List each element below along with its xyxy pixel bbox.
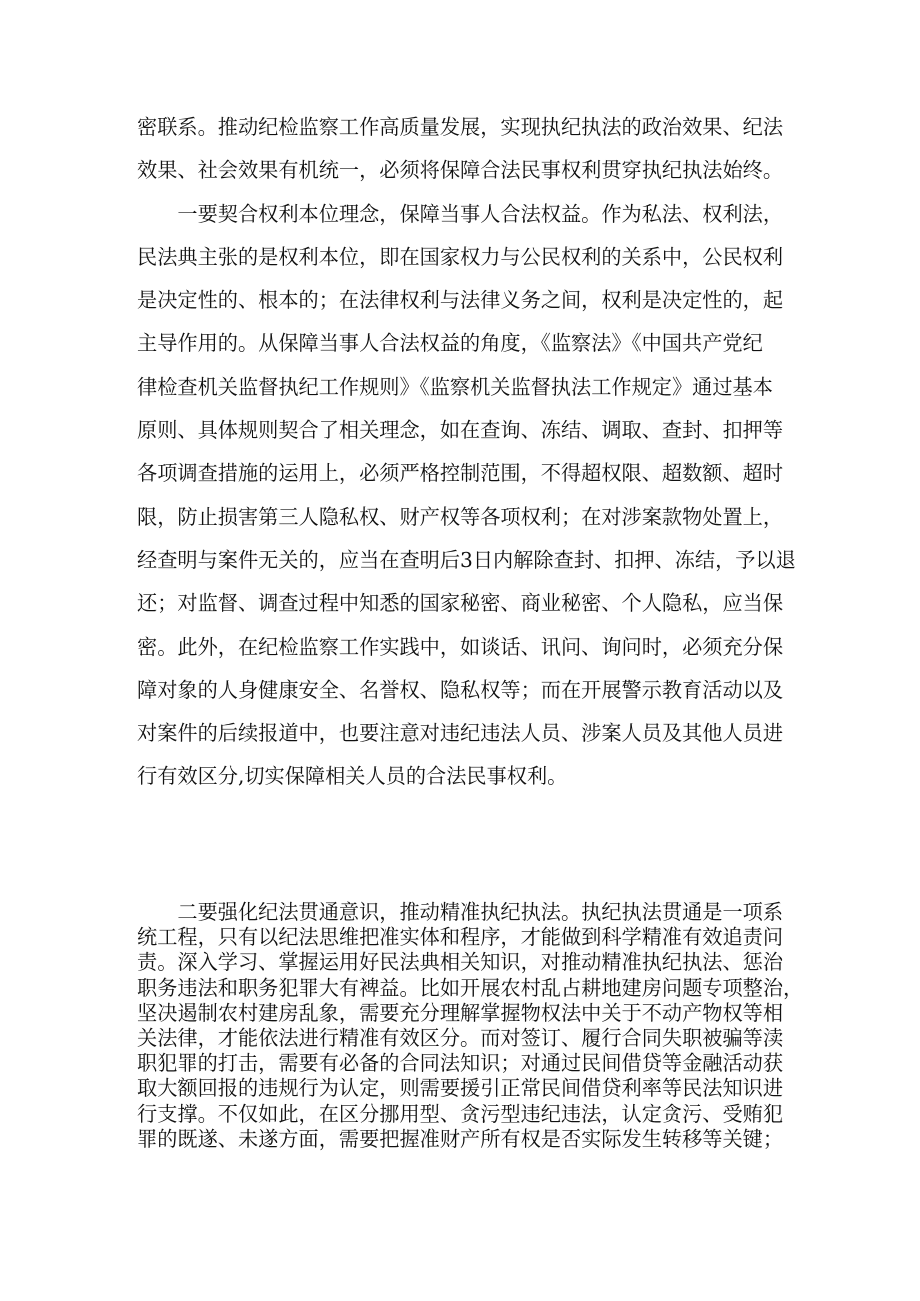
document-page: 密联系。推动纪检监察工作高质量发展，实现执纪执法的政治效果、纪法 效果、社会效果… bbox=[0, 0, 920, 1301]
text-line: 密联系。推动纪检监察工作高质量发展，实现执纪执法的政治效果、纪法 bbox=[137, 112, 827, 155]
text-line: 原则、具体规则契合了相关理念，如在查询、冻结、调取、查封、扣押等 bbox=[137, 415, 827, 458]
text-line: 限，防止损害第三人隐私权、财产权等各项权利；在对涉案款物处置上， bbox=[137, 502, 827, 545]
section-rights-protection: 密联系。推动纪检监察工作高质量发展，实现执纪执法的政治效果、纪法 效果、社会效果… bbox=[137, 112, 827, 805]
text-line: 障对象的人身健康安全、名誉权、隐私权等；而在开展警示教育活动以及 bbox=[137, 675, 827, 718]
text-line: 职务违法和职务犯罪大有裨益。比如开展农村乱占耕地建房问题专项整治， bbox=[137, 976, 827, 1001]
text-line: 律检查机关监督执纪工作规则》《监察机关监督执法工作规定》通过基本 bbox=[137, 372, 827, 415]
text-line: 关法律，才能依法进行精准有效区分。而对签订、履行合同失职被骗等渎 bbox=[137, 1026, 827, 1051]
text-line: 效果、社会效果有机统一，必须将保障合法民事权利贯穿执纪执法始终。 bbox=[137, 155, 827, 198]
text-line: 罪的既遂、未遂方面，需要把握准财产所有权是否实际发生转移等关键； bbox=[137, 1127, 827, 1152]
text-line: 职犯罪的打击，需要有必备的合同法知识；对通过民间借贷等金融活动获 bbox=[137, 1051, 827, 1076]
text-line: 各项调查措施的运用上，必须严格控制范围，不得超权限、超数额、超时 bbox=[137, 458, 827, 501]
paragraph-start-line: 二要强化纪法贯通意识，推动精准执纪执法。执纪执法贯通是一项系 bbox=[137, 900, 827, 925]
text-line: 取大额回报的违规行为认定，则需要援引正常民间借贷利率等民法知识进 bbox=[137, 1076, 827, 1101]
text-line: 行有效区分,切实保障相关人员的合法民事权利。 bbox=[137, 761, 827, 804]
text-line: 统工程，只有以纪法思维把准实体和程序，才能做到科学精准有效追责问 bbox=[137, 925, 827, 950]
section-discipline-law-integration: 二要强化纪法贯通意识，推动精准执纪执法。执纪执法贯通是一项系 统工程，只有以纪法… bbox=[137, 900, 827, 1152]
text-line: 行支撑。不仅如此，在区分挪用型、贪污型违纪违法，认定贪污、受贿犯 bbox=[137, 1102, 827, 1127]
text-line: 责。深入学习、掌握运用好民法典相关知识，对推动精准执纪执法、惩治 bbox=[137, 950, 827, 975]
text-line: 民法典主张的是权利本位，即在国家权力与公民权利的关系中，公民权利 bbox=[137, 242, 827, 285]
text-line: 密。此外，在纪检监察工作实践中，如谈话、讯问、询问时，必须充分保 bbox=[137, 632, 827, 675]
text-line: 经查明与案件无关的，应当在查明后3日内解除查封、扣押、冻结，予以退 bbox=[137, 545, 827, 588]
text-line: 坚决遏制农村建房乱象，需要充分理解掌握物权法中关于不动产物权等相 bbox=[137, 1001, 827, 1026]
text-line: 是决定性的、根本的；在法律权利与法律义务之间，权利是决定性的，起 bbox=[137, 285, 827, 328]
text-line: 主导作用的。从保障当事人合法权益的角度，《监察法》《中国共产党纪 bbox=[137, 328, 827, 371]
text-line: 还；对监督、调查过程中知悉的国家秘密、商业秘密、个人隐私，应当保 bbox=[137, 588, 827, 631]
text-line: 对案件的后续报道中，也要注意对违纪违法人员、涉案人员及其他人员进 bbox=[137, 718, 827, 761]
paragraph-start-line: 一要契合权利本位理念，保障当事人合法权益。作为私法、权利法， bbox=[137, 199, 827, 242]
